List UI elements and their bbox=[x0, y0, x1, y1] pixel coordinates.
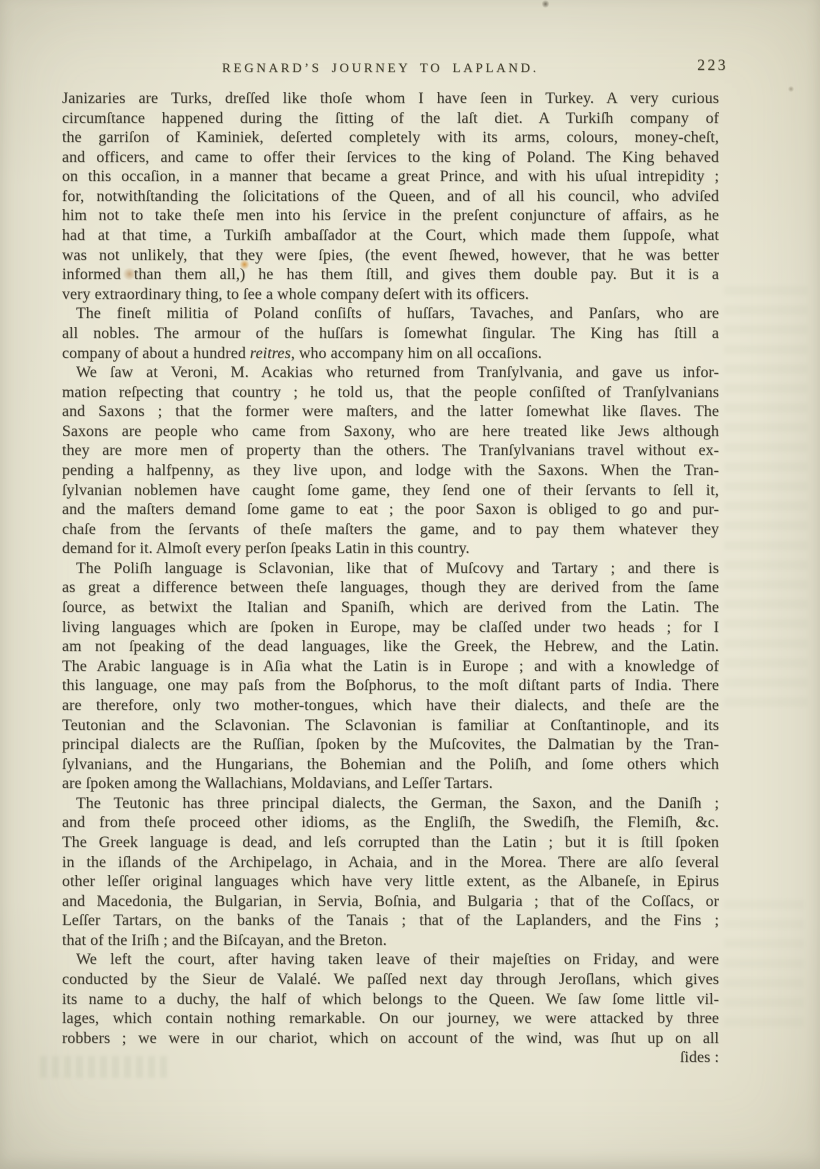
text-segment: very extraordinary thing, to ſee a whole… bbox=[62, 286, 529, 303]
text-line: informed than them all,) he has them ſti… bbox=[62, 265, 719, 285]
text-segment: in the iſlands of the Archipelago, in Ac… bbox=[62, 854, 719, 871]
text-segment: chaſe from the ſervants of theſe maſters… bbox=[62, 521, 719, 538]
text-line: very extraordinary thing, to ſee a whole… bbox=[62, 285, 719, 305]
text-line: am not ſpeaking of the dead languages, l… bbox=[62, 637, 719, 657]
text-segment: We ſaw at Veroni, M. Acakias who returne… bbox=[76, 364, 719, 381]
text-line: demand for it. Almoſt every perſon ſpeak… bbox=[62, 539, 719, 559]
text-segment: this language, one may paſs from the Boſ… bbox=[62, 677, 719, 694]
text-segment: and officers, and came to offer their ſe… bbox=[62, 149, 719, 166]
text-segment: Teutonian and the Sclavonian. The Sclavo… bbox=[62, 717, 719, 734]
text-segment: company of about a hundred bbox=[62, 345, 250, 362]
text-line: had at that time, a Turkiſh ambaſſador a… bbox=[62, 226, 719, 246]
text-segment: for, notwithſtanding the ſolicitations o… bbox=[62, 188, 719, 205]
text-segment: are therefore, only two mother-tongues, … bbox=[62, 697, 719, 714]
text-line: lages, which contain nothing remarkable.… bbox=[62, 1009, 719, 1029]
text-segment: ſylvanians, and the Hungarians, the Bohe… bbox=[62, 756, 719, 773]
text-line: conducted by the Sieur de Valalé. We paſ… bbox=[62, 970, 719, 990]
text-segment: pending a halfpenny, as they live upon, … bbox=[62, 462, 719, 479]
text-line: The Greek language is dead, and leſs cor… bbox=[62, 833, 719, 853]
text-line: principal dialects are the Ruſſian, ſpok… bbox=[62, 735, 719, 755]
edge-speck bbox=[788, 86, 794, 92]
text-line: was not unlikely, that they were ſpies, … bbox=[62, 246, 719, 266]
text-segment: that of the Iriſh ; and the Biſcayan, an… bbox=[62, 932, 387, 949]
text-line: The fineſt militia of Poland conſiſts of… bbox=[62, 304, 719, 324]
text-segment: Saxons are people who came from Saxony, … bbox=[62, 423, 719, 440]
text-line: We left the court, after having taken le… bbox=[62, 950, 719, 970]
text-line: chaſe from the ſervants of theſe maſters… bbox=[62, 520, 719, 540]
text-line: that of the Iriſh ; and the Biſcayan, an… bbox=[62, 931, 719, 951]
text-segment: ſource, as betwixt the Italian and Spani… bbox=[62, 599, 719, 616]
text-segment: We left the court, after having taken le… bbox=[76, 951, 719, 968]
text-segment: Janizaries are Turks, dreſſed like thoſe… bbox=[62, 90, 719, 107]
book-page-scan: REGNARD’S JOURNEY TO LAPLAND. 223 Janiza… bbox=[0, 0, 820, 1169]
text-segment: other leſſer original languages which ha… bbox=[62, 873, 719, 890]
text-line: ſource, as betwixt the Italian and Spani… bbox=[62, 598, 719, 618]
text-segment: principal dialects are the Ruſſian, ſpok… bbox=[62, 736, 719, 753]
running-header-title: REGNARD’S JOURNEY TO LAPLAND. bbox=[222, 60, 539, 76]
text-segment: ſides : bbox=[680, 1049, 719, 1066]
text-line: and Saxons ; that the former were maſter… bbox=[62, 402, 719, 422]
italic-word: reitres bbox=[250, 345, 291, 362]
text-line: and the maſters demand ſome game to eat … bbox=[62, 500, 719, 520]
text-line: The Arabic language is in Aſia what the … bbox=[62, 657, 719, 677]
text-segment: they are more men of property than the o… bbox=[62, 442, 719, 459]
text-line: and Macedonia, the Bulgarian, in Servia,… bbox=[62, 892, 719, 912]
text-segment: are ſpoken among the Wallachians, Moldav… bbox=[62, 775, 493, 792]
text-line: all nobles. The armour of the huſſars is… bbox=[62, 324, 719, 344]
text-segment: was not unlikely, that they were ſpies, … bbox=[62, 247, 719, 264]
text-line: ſylvanian noblemen have caught ſome game… bbox=[62, 481, 719, 501]
text-segment: The Arabic language is in Aſia what the … bbox=[62, 658, 719, 675]
text-line: other leſſer original languages which ha… bbox=[62, 872, 719, 892]
text-segment: The Greek language is dead, and leſs cor… bbox=[62, 834, 719, 851]
text-line: robbers ; we were in our chariot, which … bbox=[62, 1029, 719, 1049]
text-segment: all nobles. The armour of the huſſars is… bbox=[62, 325, 719, 342]
text-line: Leſſer Tartars, on the banks of the Tana… bbox=[62, 911, 719, 931]
text-line: ſides : bbox=[62, 1048, 719, 1068]
text-line: in the iſlands of the Archipelago, in Ac… bbox=[62, 853, 719, 873]
text-segment: had at that time, a Turkiſh ambaſſador a… bbox=[62, 227, 719, 244]
text-line: The Teutonic has three principal dialect… bbox=[62, 794, 719, 814]
page-number: 223 bbox=[697, 57, 728, 75]
text-segment: The fineſt militia of Poland conſiſts of… bbox=[76, 305, 719, 322]
text-line: him not to take theſe men into his ſervi… bbox=[62, 206, 719, 226]
text-segment: demand for it. Almoſt every perſon ſpeak… bbox=[62, 540, 470, 557]
text-segment: informed than them all,) he has them ſti… bbox=[62, 266, 719, 283]
text-line: and from theſe proceed other idioms, as … bbox=[62, 813, 719, 833]
text-line: pending a halfpenny, as they live upon, … bbox=[62, 461, 719, 481]
text-segment: and Macedonia, the Bulgarian, in Servia,… bbox=[62, 893, 719, 910]
text-segment: The Teutonic has three principal dialect… bbox=[76, 795, 719, 812]
text-line: The Poliſh language is Sclavonian, like … bbox=[62, 559, 719, 579]
text-line: for, notwithſtanding the ſolicitations o… bbox=[62, 187, 719, 207]
text-segment: conducted by the Sieur de Valalé. We paſ… bbox=[62, 971, 719, 988]
text-segment: and the maſters demand ſome game to eat … bbox=[62, 501, 719, 518]
text-segment: ſylvanian noblemen have caught ſome game… bbox=[62, 482, 719, 499]
text-segment: him not to take theſe men into his ſervi… bbox=[62, 207, 719, 224]
text-segment: lages, which contain nothing remarkable.… bbox=[62, 1010, 719, 1027]
text-segment: robbers ; we were in our chariot, which … bbox=[62, 1030, 719, 1047]
text-line: they are more men of property than the o… bbox=[62, 441, 719, 461]
text-line: Saxons are people who came from Saxony, … bbox=[62, 422, 719, 442]
text-segment: mation reſpecting that country ; he told… bbox=[62, 384, 719, 401]
verso-show-through bbox=[724, 900, 804, 1030]
text-segment: The Poliſh language is Sclavonian, like … bbox=[76, 560, 719, 577]
text-line: on this occaſion, in a manner that becam… bbox=[62, 167, 719, 187]
text-line: its name to a duchy, the half of which b… bbox=[62, 990, 719, 1010]
text-segment: the garriſon of Kaminiek, deſerted compl… bbox=[62, 129, 719, 146]
text-line: living languages which are ſpoken in Eur… bbox=[62, 618, 719, 638]
verso-show-through bbox=[724, 286, 808, 716]
body-text-block: Janizaries are Turks, dreſſed like thoſe… bbox=[62, 89, 719, 1068]
text-segment: its name to a duchy, the half of which b… bbox=[62, 991, 719, 1008]
text-line: ſylvanians, and the Hungarians, the Bohe… bbox=[62, 755, 719, 775]
text-line: the garriſon of Kaminiek, deſerted compl… bbox=[62, 128, 719, 148]
text-line: this language, one may paſs from the Boſ… bbox=[62, 676, 719, 696]
text-segment: living languages which are ſpoken in Eur… bbox=[62, 619, 719, 636]
text-line: circumſtance happened during the ſitting… bbox=[62, 109, 719, 129]
text-line: mation reſpecting that country ; he told… bbox=[62, 383, 719, 403]
text-line: as great a difference between theſe lang… bbox=[62, 578, 719, 598]
edge-speck bbox=[542, 0, 549, 8]
text-segment: am not ſpeaking of the dead languages, l… bbox=[62, 638, 719, 655]
text-line: and officers, and came to offer their ſe… bbox=[62, 148, 719, 168]
text-segment: as great a difference between theſe lang… bbox=[62, 579, 719, 596]
text-line: company of about a hundred reitres, who … bbox=[62, 344, 719, 364]
text-segment: Leſſer Tartars, on the banks of the Tana… bbox=[62, 912, 719, 929]
text-segment: and from theſe proceed other idioms, as … bbox=[62, 814, 719, 831]
text-line: Janizaries are Turks, dreſſed like thoſe… bbox=[62, 89, 719, 109]
text-line: We ſaw at Veroni, M. Acakias who returne… bbox=[62, 363, 719, 383]
text-segment: circumſtance happened during the ſitting… bbox=[62, 110, 719, 127]
text-line: Teutonian and the Sclavonian. The Sclavo… bbox=[62, 716, 719, 736]
text-line: are therefore, only two mother-tongues, … bbox=[62, 696, 719, 716]
text-segment: on this occaſion, in a manner that becam… bbox=[62, 168, 719, 185]
text-line: are ſpoken among the Wallachians, Moldav… bbox=[62, 774, 719, 794]
text-segment: and Saxons ; that the former were maſter… bbox=[62, 403, 719, 420]
text-segment: , who accompany him on all occaſions. bbox=[291, 345, 542, 362]
